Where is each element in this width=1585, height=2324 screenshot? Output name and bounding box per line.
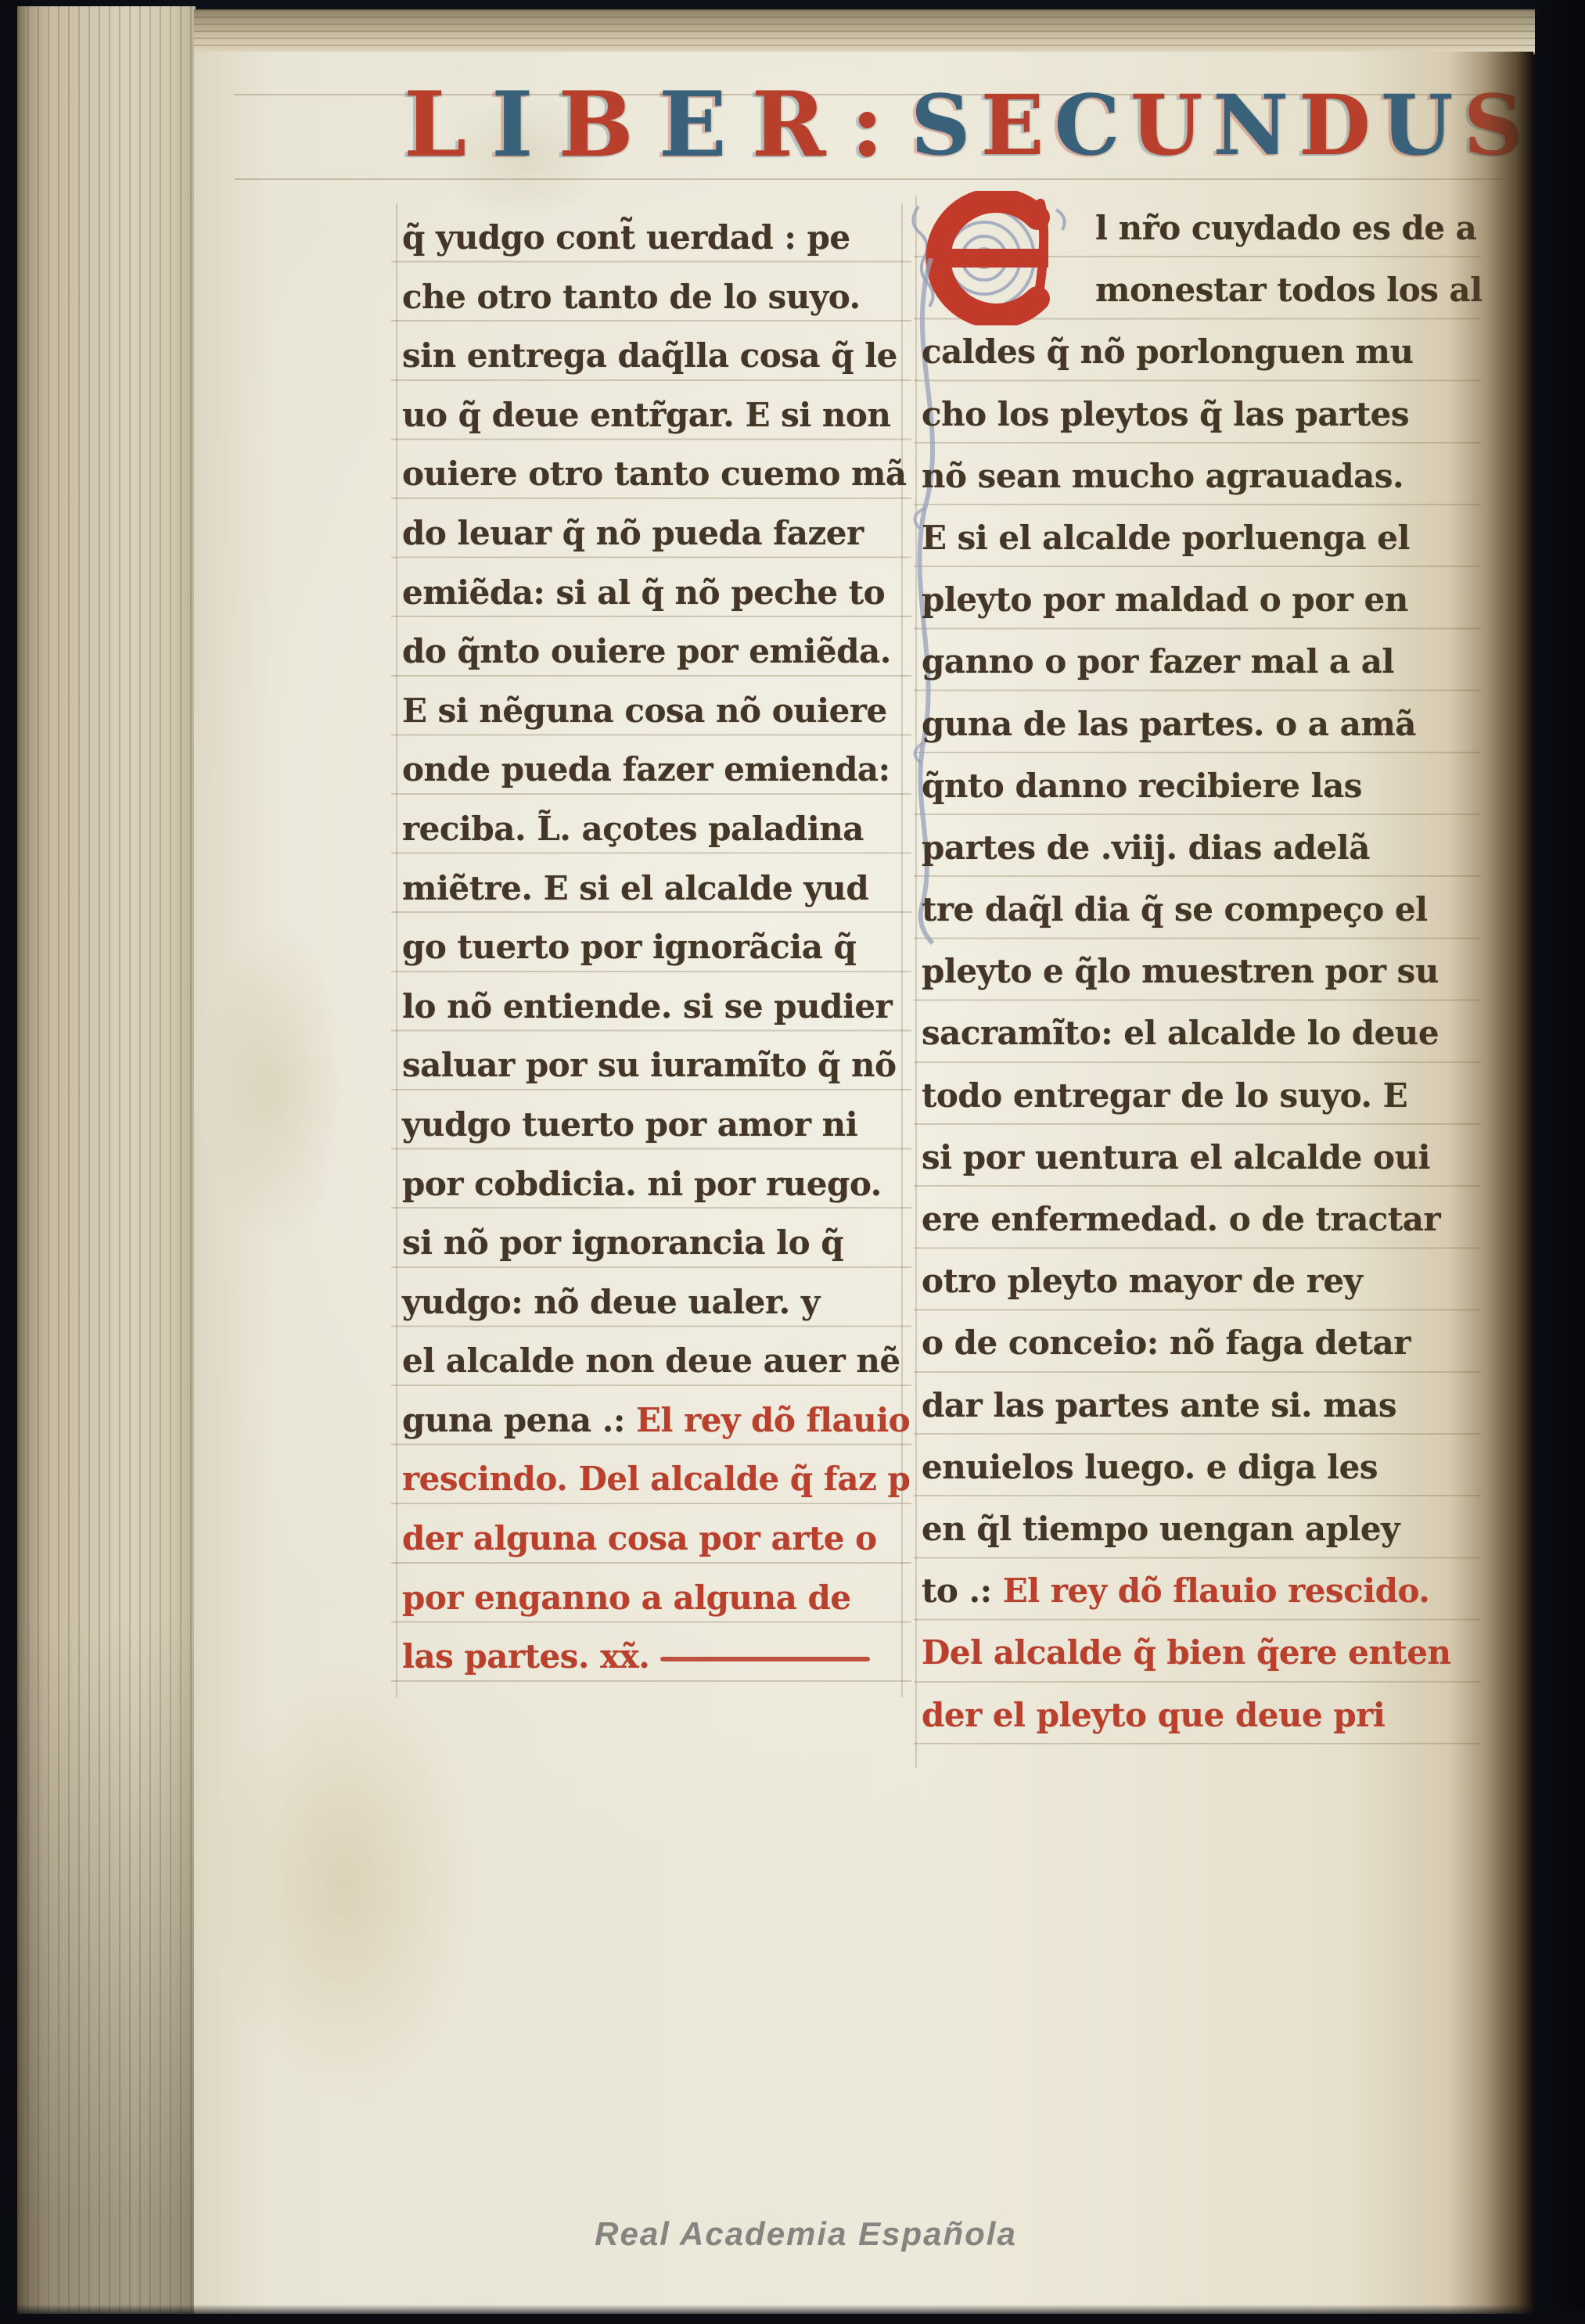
stacked-page-edges-top — [194, 9, 1535, 55]
body-text: yudgo tuerto por amor ni — [402, 1105, 857, 1144]
text-line: todo entregar de lo suyo. E — [922, 1065, 1493, 1126]
header-letter: E — [981, 80, 1044, 171]
text-line: otro pleyto mayor de rey — [922, 1250, 1493, 1312]
text-line: nõ sean mucho agrauadas. — [922, 445, 1493, 507]
body-text: l nr̃o cuydado es de a — [1095, 209, 1476, 247]
text-line: che otro tanto de lo suyo. — [402, 268, 907, 327]
text-line: en q̃l tiempo uengan apley — [922, 1498, 1493, 1560]
text-line: der el pleyto que deue pri — [922, 1684, 1493, 1746]
text-line: ere enfermedad. o de tractar — [922, 1188, 1493, 1250]
text-line: monestar todos los al — [922, 259, 1493, 321]
body-text: partes de .viij. dias adelã — [922, 828, 1370, 867]
body-text: por cobdicia. ni por ruego. — [402, 1165, 882, 1203]
rubric-text: por enganno a alguna de — [402, 1579, 851, 1617]
body-text: ere enfermedad. o de tractar — [922, 1200, 1440, 1238]
text-line: yudgo: nõ deue ualer. y — [402, 1273, 907, 1332]
header-letter: N — [1213, 80, 1288, 171]
body-text: si nõ por ignorancia lo q̃ — [402, 1223, 843, 1262]
text-line: sin entrega daq̃lla cosa q̃ le — [402, 326, 907, 386]
text-column-left: q̃ yudgo cont̃ uerdad : peche otro tanto… — [402, 208, 907, 1686]
text-line: uo q̃ deue entr̃gar. E si non — [402, 386, 907, 445]
text-line: miẽtre. E si el alcalde yud — [402, 859, 907, 918]
header-letter: U — [1130, 80, 1202, 171]
text-line: ouiere otro tanto cuemo mã — [402, 444, 907, 504]
text-line: caldes q̃ nõ porlonguen mu — [922, 321, 1493, 383]
body-text: otro pleyto mayor de rey — [922, 1262, 1362, 1300]
body-text: el alcalde non deue auer nẽ — [402, 1342, 900, 1380]
body-text: guna de las partes. o a amã — [922, 705, 1416, 743]
body-text: todo entregar de lo suyo. E — [922, 1076, 1407, 1115]
rubric-text: Del alcalde q̃ bien q̃ere enten — [922, 1633, 1451, 1672]
body-text: pleyto por maldad o por en — [922, 580, 1408, 619]
header-letter: B — [558, 78, 633, 171]
header-letter: U — [1381, 80, 1453, 171]
text-line: por cobdicia. ni por ruego. — [402, 1155, 907, 1214]
gutter-shadow — [1449, 52, 1533, 2314]
rubric-flourish-line — [660, 1657, 870, 1661]
body-text: guna pena .: — [402, 1401, 636, 1439]
text-line: l nr̃o cuydado es de a — [922, 197, 1493, 259]
header-letter: D — [1299, 80, 1371, 171]
body-text: emiẽda: si al q̃ nõ peche to — [402, 573, 885, 612]
body-text: dar las partes ante si. mas — [922, 1386, 1396, 1424]
text-line: ganno o por fazer mal a al — [922, 630, 1493, 692]
bottom-shadow — [0, 2304, 1585, 2324]
body-text: enuielos luego. e diga les — [922, 1448, 1378, 1486]
header-letter: : — [851, 78, 884, 171]
rubric-text: El rey dõ flauio — [636, 1401, 910, 1439]
header-letter: I — [491, 78, 533, 171]
body-text: uo q̃ deue entr̃gar. E si non — [402, 396, 890, 434]
text-line: si nõ por ignorancia lo q̃ — [402, 1213, 907, 1273]
text-line: to .: El rey dõ flauio rescido. — [922, 1560, 1493, 1622]
text-line: go tuerto por ignorãcia q̃ — [402, 918, 907, 977]
header-letter: C — [1054, 80, 1120, 171]
text-line: las partes. xx̃. — [402, 1627, 907, 1686]
body-text: si por uentura el alcalde oui — [922, 1138, 1430, 1176]
body-text: E si el alcalde porluenga el — [922, 519, 1410, 557]
body-text: sacramĩto: el alcalde lo deue — [922, 1014, 1439, 1052]
text-line: partes de .viij. dias adelã — [922, 817, 1493, 878]
rubric-text: der alguna cosa por arte o — [402, 1519, 877, 1557]
body-text: nõ sean mucho agrauadas. — [922, 457, 1403, 495]
watermark-text: Real Academia Española — [446, 2215, 1166, 2253]
text-line: enuielos luego. e diga les — [922, 1436, 1493, 1498]
rubric-text: der el pleyto que deue pri — [922, 1696, 1385, 1734]
text-line: do leuar q̃ nõ pueda fazer — [402, 504, 907, 563]
body-text: ganno o por fazer mal a al — [922, 642, 1394, 681]
body-text: E si nẽguna cosa nõ ouiere — [402, 691, 887, 730]
text-column-right: l nr̃o cuydado es de amonestar todos los… — [922, 197, 1493, 1746]
body-text: yudgo: nõ deue ualer. y — [402, 1283, 820, 1321]
text-line: do q̃nto ouiere por emiẽda. — [402, 622, 907, 681]
text-line: E si nẽguna cosa nõ ouiere — [402, 681, 907, 741]
body-text: do q̃nto ouiere por emiẽda. — [402, 632, 891, 670]
text-line: por enganno a alguna de — [402, 1568, 907, 1628]
text-line: saluar por su iuramĩto q̃ nõ — [402, 1036, 907, 1095]
body-text: tre daq̃l dia q̃ se compeço el — [922, 890, 1428, 929]
ruling-line — [235, 178, 1502, 180]
header-letter: L — [404, 78, 466, 171]
rubric-text: las partes. xx̃. — [402, 1637, 649, 1676]
text-line: guna pena .: El rey dõ flauio — [402, 1391, 907, 1450]
body-text: miẽtre. E si el alcalde yud — [402, 869, 868, 907]
text-line: reciba. L̃. açotes paladina — [402, 799, 907, 859]
manuscript-photo: { "page": { "watermark": "Real Academia … — [0, 0, 1585, 2324]
text-line: q̃ yudgo cont̃ uerdad : pe — [402, 208, 907, 268]
body-text: pleyto e q̃lo muestren por su — [922, 952, 1439, 990]
header-letter: R — [752, 78, 826, 171]
header-letter: S — [911, 80, 971, 171]
text-line: E si el alcalde porluenga el — [922, 507, 1493, 569]
body-text: onde pueda fazer emienda: — [402, 750, 890, 788]
text-line: cho los pleytos q̃ las partes — [922, 383, 1493, 445]
text-line: dar las partes ante si. mas — [922, 1374, 1493, 1436]
body-text: caldes q̃ nõ porlonguen mu — [922, 332, 1414, 371]
body-text: reciba. L̃. açotes paladina — [402, 810, 864, 848]
stacked-page-edges-left — [17, 6, 196, 2314]
text-line: rescindo. Del alcalde q̃ faz p — [402, 1449, 907, 1509]
running-title-secundus: SECUNDUS — [911, 80, 1523, 171]
body-text: cho los pleytos q̃ las partes — [922, 395, 1409, 433]
text-line: o de conceio: nõ faga detar — [922, 1312, 1493, 1374]
running-title-liber: LIBER: — [404, 78, 884, 171]
body-text: o de conceio: nõ faga detar — [922, 1324, 1411, 1362]
text-line: tre daq̃l dia q̃ se compeço el — [922, 878, 1493, 940]
body-text: do leuar q̃ nõ pueda fazer — [402, 514, 864, 552]
text-line: sacramĩto: el alcalde lo deue — [922, 1002, 1493, 1064]
text-line: pleyto e q̃lo muestren por su — [922, 940, 1493, 1002]
text-line: guna de las partes. o a amã — [922, 693, 1493, 755]
body-text: en q̃l tiempo uengan apley — [922, 1510, 1400, 1548]
text-line: Del alcalde q̃ bien q̃ere enten — [922, 1622, 1493, 1683]
text-line: pleyto por maldad o por en — [922, 569, 1493, 630]
text-line: yudgo tuerto por amor ni — [402, 1095, 907, 1155]
text-line: lo nõ entiende. si se pudier — [402, 977, 907, 1036]
text-line: q̃nto danno recibiere las — [922, 755, 1493, 817]
body-text: q̃ yudgo cont̃ uerdad : pe — [402, 218, 850, 257]
body-text: to .: — [922, 1571, 1003, 1610]
body-text: monestar todos los al — [1095, 271, 1483, 309]
body-text: go tuerto por ignorãcia q̃ — [402, 928, 856, 966]
text-line: el alcalde non deue auer nẽ — [402, 1331, 907, 1391]
rubric-text: rescindo. Del alcalde q̃ faz p — [402, 1460, 910, 1498]
header-letter: E — [659, 78, 727, 171]
ruling-line — [396, 203, 397, 1697]
text-line: si por uentura el alcalde oui — [922, 1126, 1493, 1188]
text-line: der alguna cosa por arte o — [402, 1509, 907, 1568]
body-text: saluar por su iuramĩto q̃ nõ — [402, 1046, 897, 1084]
body-text: sin entrega daq̃lla cosa q̃ le — [402, 336, 897, 375]
text-line: onde pueda fazer emienda: — [402, 740, 907, 799]
rubric-text: El rey dõ flauio rescido. — [1003, 1571, 1430, 1610]
body-text: ouiere otro tanto cuemo mã — [402, 454, 907, 493]
body-text: che otro tanto de lo suyo. — [402, 278, 861, 316]
body-text: lo nõ entiende. si se pudier — [402, 987, 892, 1026]
text-line: emiẽda: si al q̃ nõ peche to — [402, 563, 907, 623]
body-text: q̃nto danno recibiere las — [922, 767, 1362, 805]
